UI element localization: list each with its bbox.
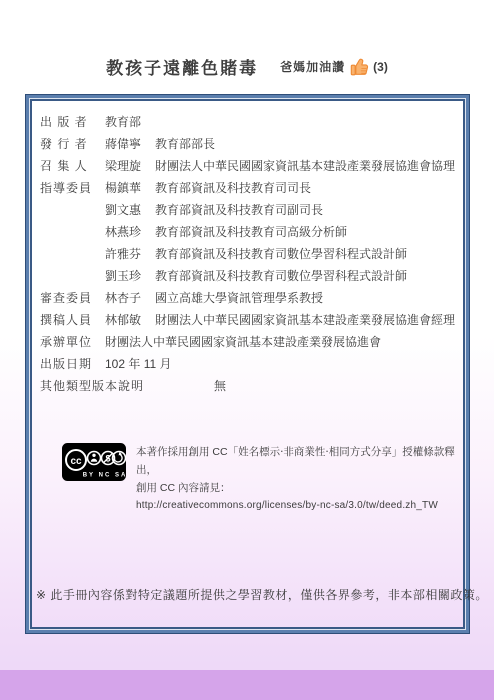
row-label: 承辦單位 <box>40 331 105 353</box>
row-advisor-1: 指導委員 楊鎮華 教育部資訊及科技教育司司長 <box>40 177 455 199</box>
row-label: 撰稿人員 <box>40 309 105 331</box>
row-label: 出 版 者 <box>40 111 105 133</box>
row-desc: 教育部資訊及科技教育司副司長 <box>155 199 323 221</box>
row-organizer: 承辦單位 財團法人中華民國國家資訊基本建設產業發展協進會 <box>40 331 455 353</box>
page-subtitle: 爸媽加油讚 <box>280 58 345 75</box>
license-section: cc $ BY NC SA 本著作採用創用 CC「姓名標示‧非商業性‧相同方式分… <box>62 443 455 515</box>
row-desc: 教育部資訊及科技教育司數位學習科程式設計師 <box>155 243 407 265</box>
colophon-rows: 出 版 者 教育部 發 行 者 蔣偉寧 教育部部長 召 集 人 梁理旋 財團法人… <box>40 111 455 397</box>
colophon-box: 出 版 者 教育部 發 行 者 蔣偉寧 教育部部長 召 集 人 梁理旋 財團法人… <box>25 94 470 634</box>
row-convener: 召 集 人 梁理旋 財團法人中華民國國家資訊基本建設產業發展協進會協理 <box>40 155 455 177</box>
row-label <box>40 265 105 287</box>
row-desc: 國立高雄大學資訊管理學系教授 <box>155 287 323 309</box>
row-name: 許雅芬 <box>105 243 155 265</box>
row-name: 財團法人中華民國國家資訊基本建設產業發展協進會 <box>105 331 381 353</box>
row-label: 召 集 人 <box>40 155 105 177</box>
row-label: 發 行 者 <box>40 133 105 155</box>
row-advisor-2: 劉文惠 教育部資訊及科技教育司副司長 <box>40 199 455 221</box>
row-publisher: 出 版 者 教育部 <box>40 111 455 133</box>
row-label <box>40 199 105 221</box>
colophon-page: 教孩子遠離色賭毒 爸媽加油讚 (3) 出 版 者 教育部 發 行 者 蔣偉寧 教… <box>0 0 494 700</box>
row-name: 梁理旋 <box>105 155 155 177</box>
row-name: 102 年 11 月 <box>105 353 171 375</box>
row-advisor-4: 許雅芬 教育部資訊及科技教育司數位學習科程式設計師 <box>40 243 455 265</box>
row-desc: 教育部部長 <box>155 133 215 155</box>
row-advisor-3: 林燕珍 教育部資訊及科技教育司高級分析師 <box>40 221 455 243</box>
row-desc: 教育部資訊及科技教育司數位學習科程式設計師 <box>155 265 407 287</box>
row-name: 蔣偉寧 <box>105 133 155 155</box>
row-name: 劉玉珍 <box>105 265 155 287</box>
disclaimer-note: ※ 此手冊內容係對特定議題所提供之學習教材，僅供各界參考，非本部相關政策。 <box>36 585 455 605</box>
footer-color-band <box>0 670 494 700</box>
row-label <box>40 243 105 265</box>
row-issuer: 發 行 者 蔣偉寧 教育部部長 <box>40 133 455 155</box>
row-name: 教育部 <box>105 111 155 133</box>
row-desc: 財團法人中華民國國家資訊基本建設產業發展協進會經理 <box>155 309 455 331</box>
thumbs-up-icon <box>349 56 371 78</box>
row-advisor-5: 劉玉珍 教育部資訊及科技教育司數位學習科程式設計師 <box>40 265 455 287</box>
row-writer: 撰稿人員 林郁敏 財團法人中華民國國家資訊基本建設產業發展協進會經理 <box>40 309 455 331</box>
row-label <box>40 221 105 243</box>
cc-by-nc-sa-badge-icon: cc $ BY NC SA <box>62 443 126 486</box>
row-label: 審查委員 <box>40 287 105 309</box>
row-name: 劉文惠 <box>105 199 155 221</box>
license-text: 本著作採用創用 CC「姓名標示‧非商業性‧相同方式分享」授權條款釋出， 創用 C… <box>136 443 455 515</box>
row-name: 林郁敏 <box>105 309 155 331</box>
page-title: 教孩子遠離色賭毒 <box>106 54 258 79</box>
row-label: 其他類型版本說明 <box>40 375 144 397</box>
license-url[interactable]: http://creativecommons.org/licenses/by-n… <box>136 497 455 515</box>
license-line-2: 創用 CC 內容請見： <box>136 479 455 497</box>
svg-text:BY NC SA: BY NC SA <box>83 473 126 479</box>
row-desc: 教育部資訊及科技教育司高級分析師 <box>155 221 347 243</box>
svg-text:cc: cc <box>70 456 82 467</box>
row-reviewer: 審查委員 林杏子 國立高雄大學資訊管理學系教授 <box>40 287 455 309</box>
page-header: 教孩子遠離色賭毒 爸媽加油讚 (3) <box>0 54 494 79</box>
row-desc: 教育部資訊及科技教育司司長 <box>155 177 311 199</box>
row-name: 林杏子 <box>105 287 155 309</box>
row-other-versions: 其他類型版本說明 無 <box>40 375 455 397</box>
license-line-1: 本著作採用創用 CC「姓名標示‧非商業性‧相同方式分享」授權條款釋出， <box>136 443 455 479</box>
row-name: 楊鎮華 <box>105 177 155 199</box>
row-desc: 無 <box>214 375 226 397</box>
row-name: 林燕珍 <box>105 221 155 243</box>
row-label: 出版日期 <box>40 353 105 375</box>
row-publish-date: 出版日期 102 年 11 月 <box>40 353 455 375</box>
row-name <box>144 375 194 397</box>
row-desc: 財團法人中華民國國家資訊基本建設產業發展協進會協理 <box>155 155 455 177</box>
row-label: 指導委員 <box>40 177 105 199</box>
volume-number: (3) <box>373 60 388 74</box>
